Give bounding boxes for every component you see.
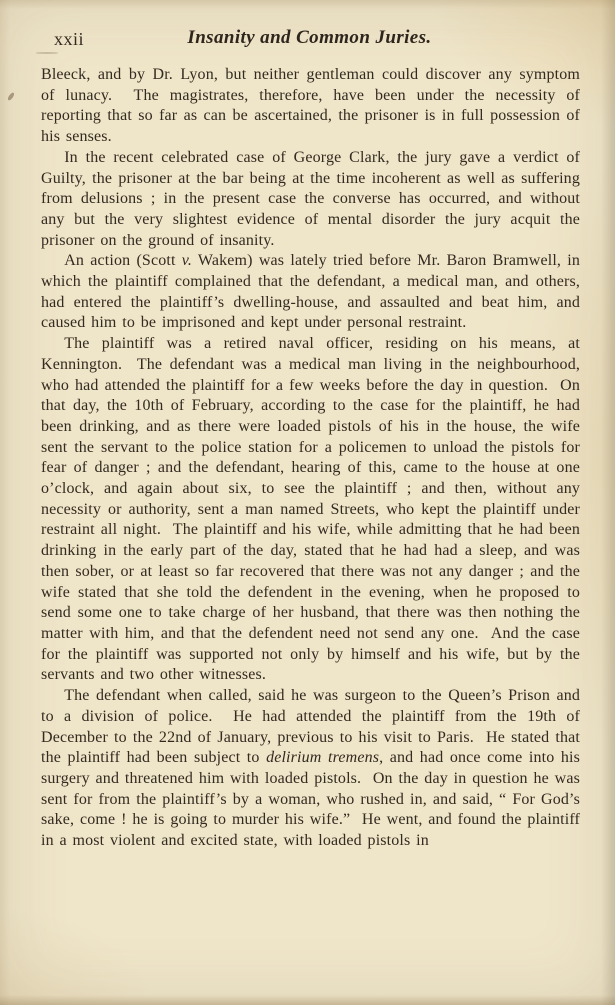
body-text: Bleeck, and by Dr. Lyon, but neither gen… [41, 65, 580, 852]
paper-speck [7, 92, 15, 102]
paragraph: Bleeck, and by Dr. Lyon, but neither gen… [41, 65, 580, 148]
paragraph: An action (Scott v. Wakem) was lately tr… [41, 251, 580, 334]
paragraph: The defendant when called, said he was s… [41, 686, 580, 852]
running-title: Insanity and Common Juries. [40, 27, 579, 49]
text-run: The plaintiff was a retired naval office… [41, 335, 580, 683]
paragraph: In the recent celebrated case of George … [41, 148, 580, 252]
text-run: An action (Scott [64, 252, 182, 269]
text-run: Bleeck, and by Dr. Lyon, but neither gen… [41, 66, 580, 145]
italic-text: delirium tremens [266, 749, 379, 766]
italic-text: v. [182, 252, 192, 269]
scanned-book-page: { "colors": { "paper_bg": "#efe5c9", "in… [0, 0, 615, 1005]
paragraph: The plaintiff was a retired naval office… [41, 334, 580, 686]
paper-speck [36, 52, 58, 54]
page-header: xxii Insanity and Common Juries. [40, 27, 579, 53]
text-run: In the recent celebrated case of George … [41, 149, 580, 249]
